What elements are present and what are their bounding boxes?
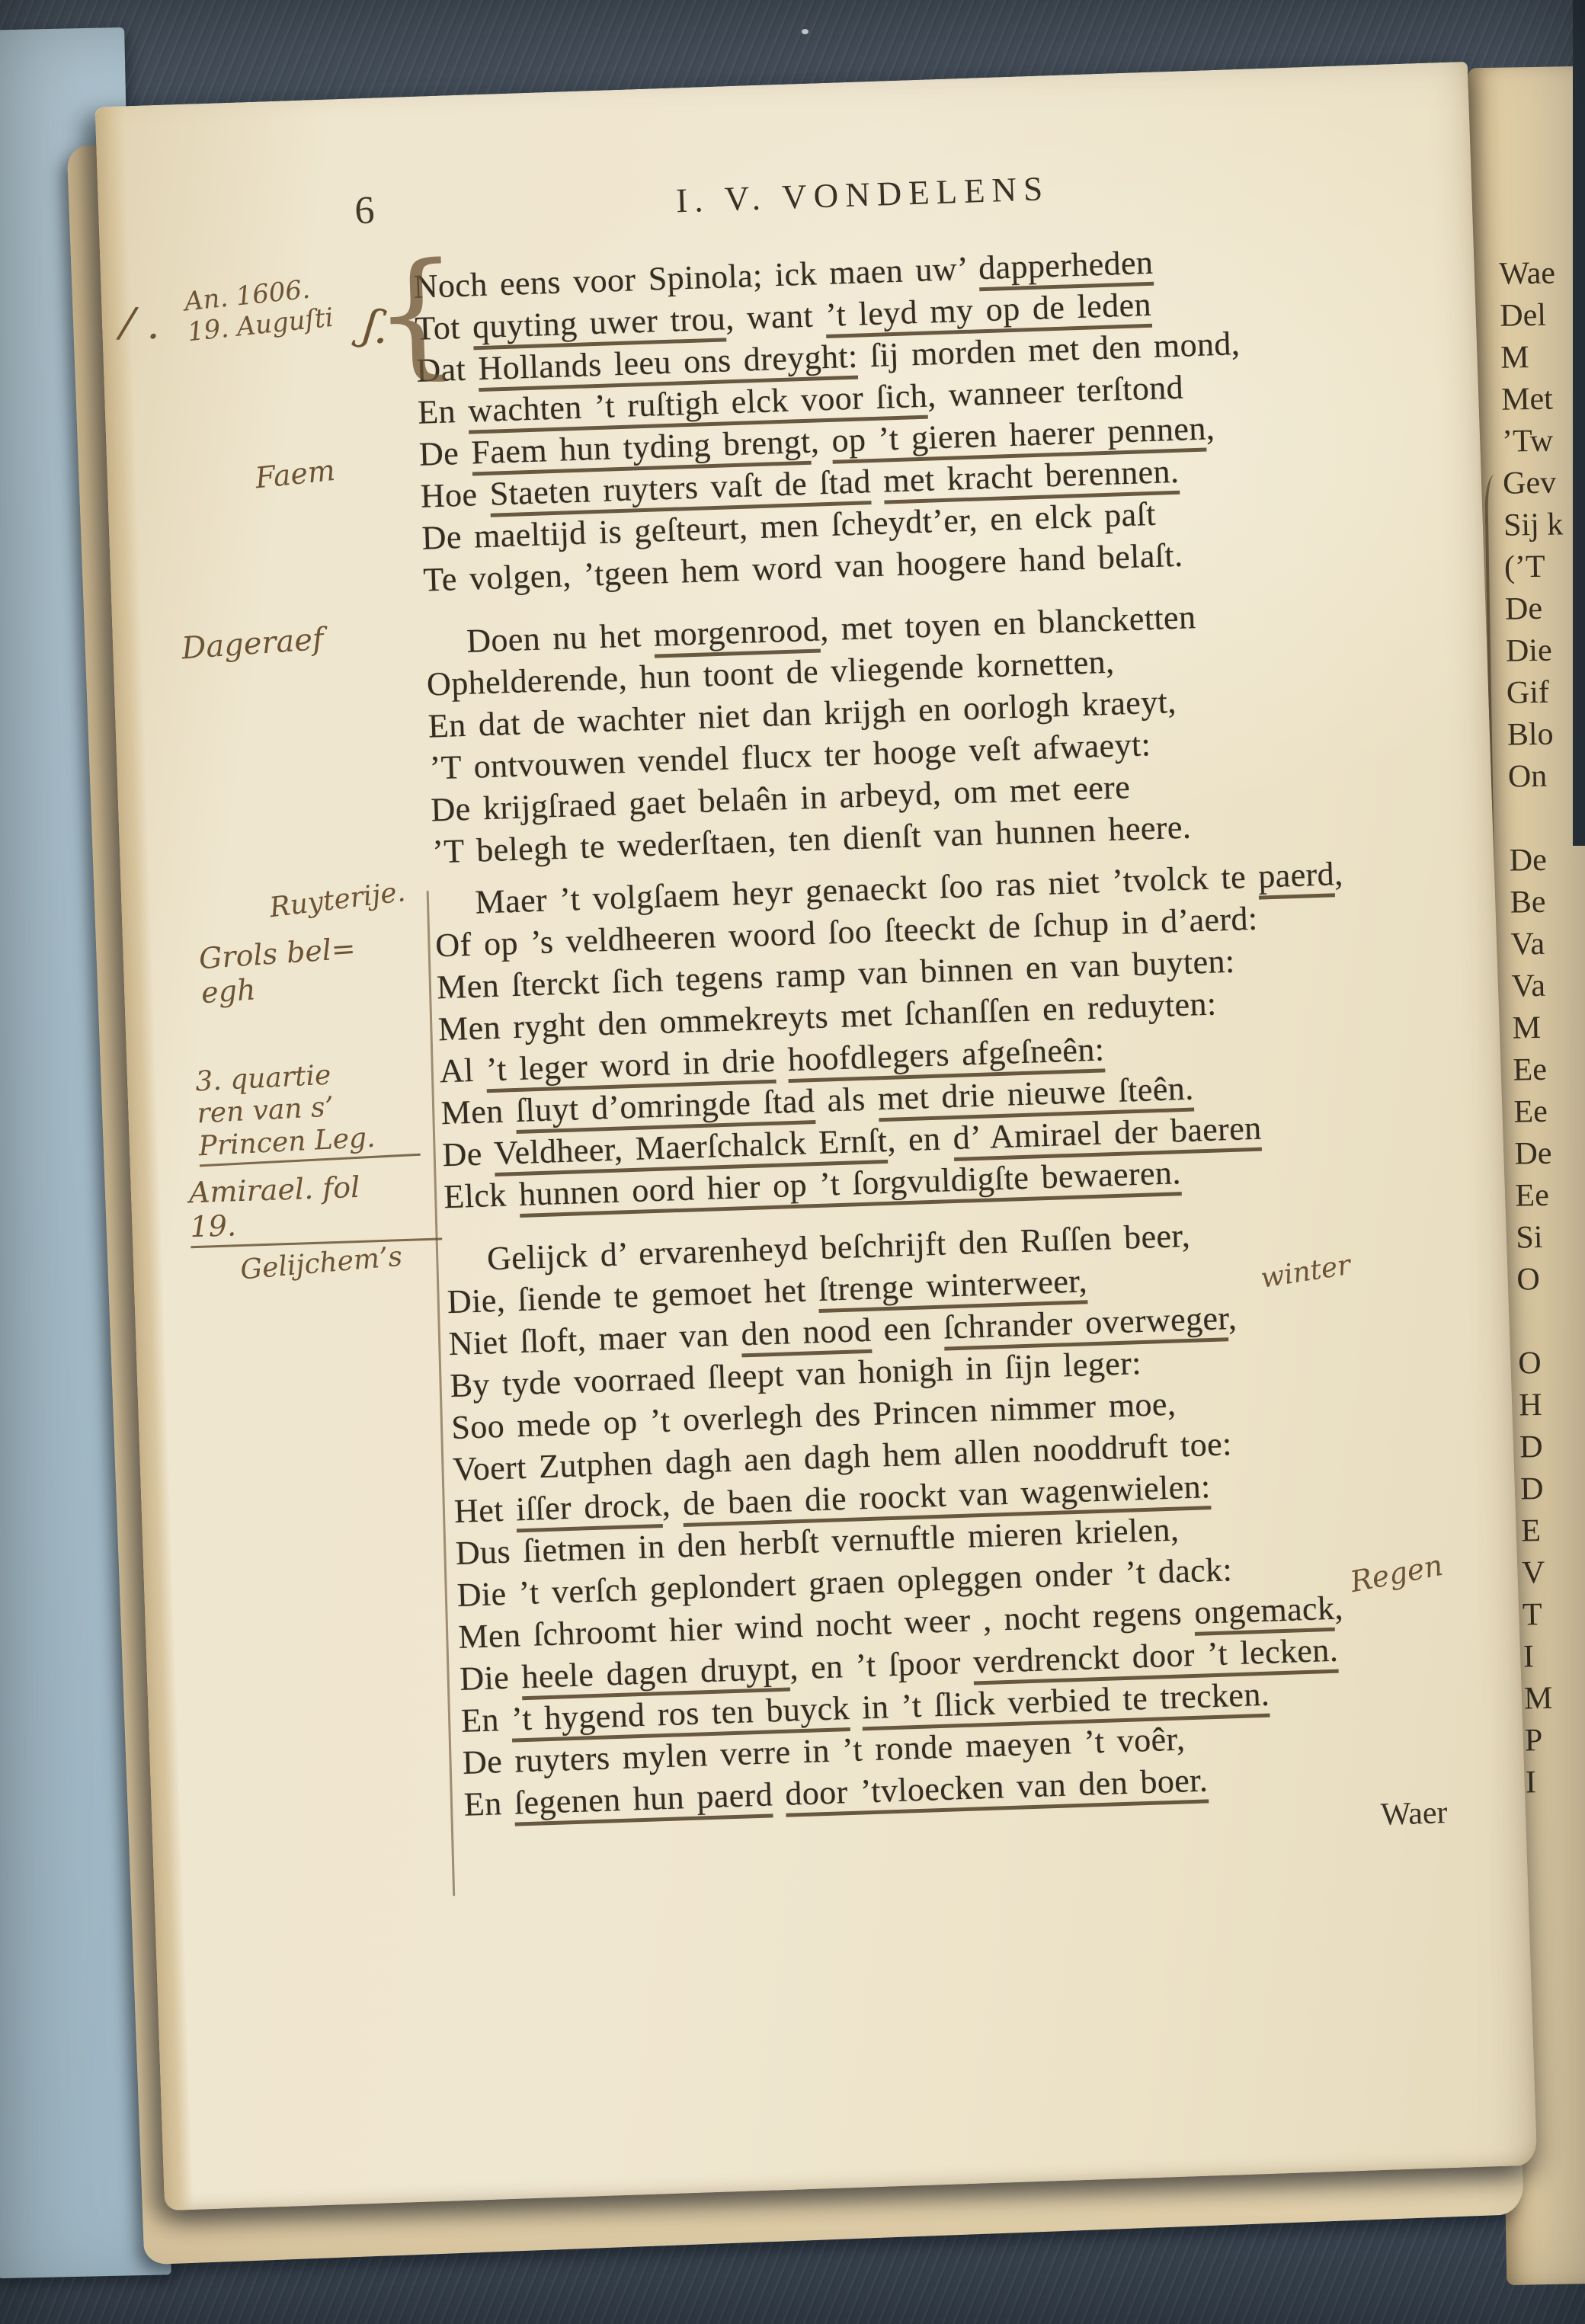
text: En [417, 392, 469, 431]
margin-note-line: Faem [254, 453, 337, 495]
right-page-fragment: Va [1510, 923, 1571, 965]
right-page-fragment: Del [1500, 294, 1560, 337]
right-page-fragment: Si [1516, 1216, 1576, 1259]
right-page-fragment: Be [1510, 881, 1570, 924]
right-page-fragment: Va [1511, 965, 1571, 1007]
text: , [661, 1485, 684, 1523]
right-page-fragment: De [1514, 1132, 1574, 1175]
right-page-fragment: Gif [1506, 671, 1566, 714]
right-page-fragment: T [1523, 1593, 1583, 1636]
right-page-fragment: I [1525, 1761, 1585, 1804]
right-page-fragment: M [1524, 1677, 1584, 1720]
text: De [442, 1135, 495, 1173]
poem: Noch eens voor Spinola; ick maen uw’ dap… [413, 232, 1500, 1826]
margin-note-line: Gelijchem’s [239, 1241, 404, 1288]
right-page-fragment: Met [1501, 378, 1561, 421]
page-number: 6 [354, 188, 375, 234]
text: De [418, 434, 472, 473]
book-photo: WaeDelMMet’TwGevSij k(’TDeDieGifBloOnDeB… [0, 0, 1585, 2324]
text [772, 1775, 786, 1813]
text: , [1334, 855, 1343, 892]
right-page-fragment [1517, 1300, 1577, 1343]
right-page-fragment: E [1521, 1509, 1581, 1552]
margin-note-ruyterije: Ruyterije. [268, 876, 408, 925]
right-page-fragment: Ee [1513, 1048, 1573, 1091]
underlined-text: paerd [1257, 855, 1334, 899]
text: , wanneer terſtond [927, 368, 1184, 414]
right-page-fragment: M [1512, 1007, 1572, 1049]
right-page-fragment: Blo [1507, 713, 1567, 756]
right-page-fragment: De [1509, 839, 1569, 882]
right-page-fragment: Gev [1503, 462, 1563, 504]
text: Niet ſloft, maer van [448, 1315, 741, 1362]
text [775, 1041, 789, 1079]
margin-note-line: 19. [190, 1202, 442, 1248]
right-page-fragment: D [1520, 1468, 1580, 1510]
right-page-fragment: Sij k [1503, 504, 1564, 546]
catchword: Waer [1380, 1794, 1448, 1833]
text: Het [453, 1490, 517, 1530]
photo-right-edge [1573, 0, 1585, 846]
right-page-fragment: Ee [1513, 1090, 1574, 1133]
right-page-fragment: P [1524, 1719, 1584, 1762]
text: Elck [443, 1176, 520, 1215]
right-page-fragment: D [1519, 1426, 1580, 1468]
paper-fleck [802, 29, 809, 34]
margin-note-grols: Grols bel=egh [198, 931, 360, 1010]
right-page-fragment: I [1523, 1635, 1583, 1678]
text: , en [886, 1119, 953, 1159]
margin-note-line: Ruyterije. [268, 876, 408, 925]
margin-note-slash: ∕ . [119, 298, 162, 349]
right-page-fragment: Wae [1499, 252, 1559, 295]
text: , [1228, 1299, 1238, 1336]
margin-note-gelijchem: Gelijchem’s [239, 1241, 404, 1288]
right-page-fragment: On [1507, 755, 1567, 798]
main-page: 6 I. V. VONDELENS Noch eens voor Spinola… [95, 62, 1538, 2210]
margin-note-line: Dageraef [181, 622, 325, 667]
text: , en ’t ſpoor [789, 1644, 974, 1687]
margin-note-quartieren: 3. quartieren van s’Princen Leg. [194, 1055, 420, 1167]
text: Doen nu het [466, 616, 654, 660]
right-page-fragment: M [1500, 336, 1561, 379]
right-page-fragment: Die [1506, 629, 1566, 672]
text: , [810, 422, 832, 460]
right-page-fragment: (’T [1504, 546, 1564, 588]
text [870, 463, 884, 501]
text: Men [440, 1092, 517, 1132]
text: , [1334, 1589, 1343, 1626]
right-page-fragment: Ee [1515, 1174, 1575, 1217]
margin-note-dageraef: Dageraef [181, 622, 325, 667]
underlined-text: den nood [741, 1311, 872, 1358]
right-page-fragment: De [1505, 587, 1565, 630]
margin-note-faem: Faem [254, 453, 337, 495]
right-page-fragment [1508, 797, 1568, 840]
text: En [463, 1785, 515, 1823]
margin-note-amirael: Amirael. fol19. [188, 1167, 442, 1248]
right-page-fragment: ’Tw [1502, 420, 1562, 463]
text: als [814, 1080, 878, 1119]
margin-note-line: ∕ . [119, 298, 162, 349]
text: , [1206, 409, 1215, 447]
text: een [870, 1309, 944, 1349]
margin-note-brace: { [371, 245, 462, 383]
right-page-fragment: H [1519, 1384, 1579, 1426]
text: Hoe [420, 475, 490, 515]
right-page-fragment: O [1516, 1258, 1577, 1301]
page-header: I. V. VONDELENS [675, 168, 1050, 220]
underlined-text: ſegenen hun paerd [514, 1775, 773, 1826]
text: Die [459, 1658, 523, 1698]
margin-note-line: { [371, 245, 462, 383]
right-page-fragment: O [1518, 1342, 1578, 1384]
margin-note-an1606: An. 1606.19. Auguſti [183, 272, 335, 348]
right-page-fragment: V [1522, 1551, 1582, 1594]
text: En [460, 1701, 512, 1740]
text: , want [725, 296, 826, 337]
text: Al [439, 1051, 487, 1090]
